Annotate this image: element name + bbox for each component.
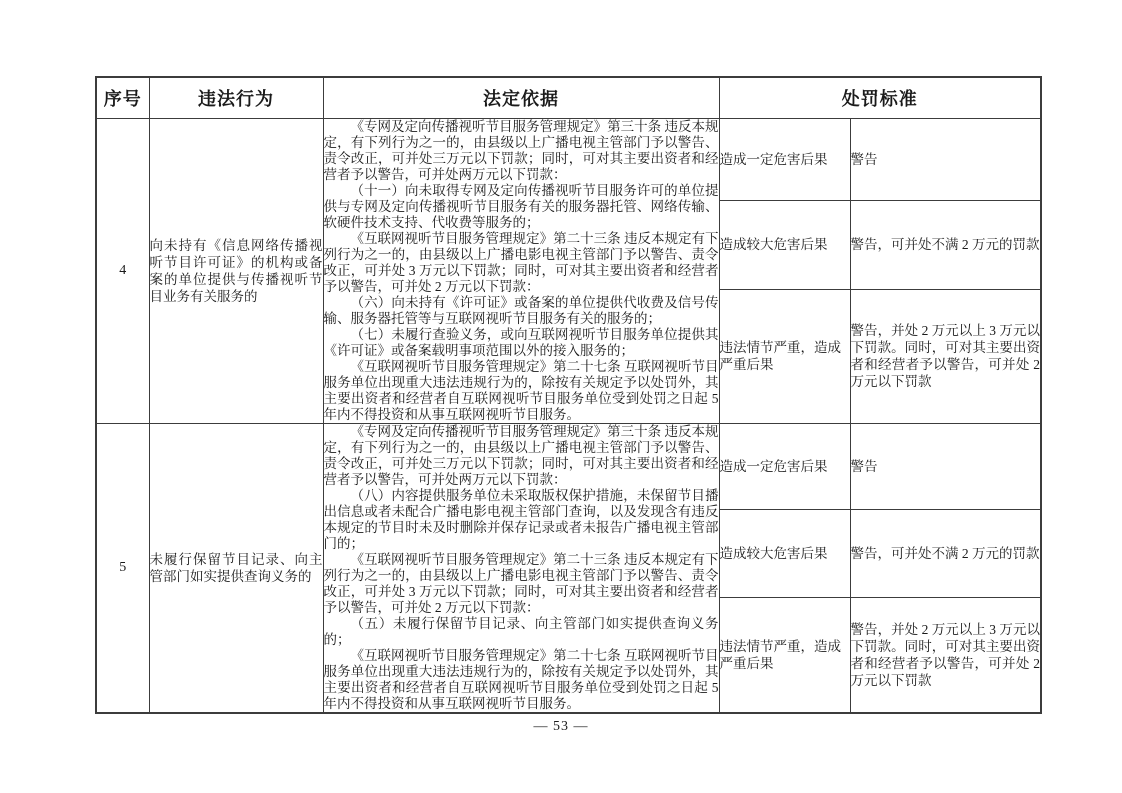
page-number: — 53 —: [0, 719, 1122, 735]
basis-paragraph: （十一）向未取得专网及定向传播视听节目服务许可的单位提供与专网及定向传播视听节目…: [324, 183, 719, 231]
basis-paragraph: 《互联网视听节目服务管理规定》第二十三条 违反本规定有下列行为之一的，由县级以上…: [324, 231, 719, 295]
penalty-table: 序号 违法行为 法定依据 处罚标准 4 向未持有《信息网络传播视听节目许可证》的…: [95, 76, 1042, 714]
document-page: 序号 违法行为 法定依据 处罚标准 4 向未持有《信息网络传播视听节目许可证》的…: [0, 0, 1122, 793]
penalty-standard-cell: 警告，并处 2 万元以上 3 万元以下罚款。同时，可对其主要出资者和经营者予以警…: [850, 597, 1041, 712]
basis-paragraph: （八）内容提供服务单位未采取版权保护措施，未保留节目播出信息或者未配合广播电影电…: [324, 488, 719, 552]
header-illegal-behavior: 违法行为: [149, 77, 323, 118]
row-number-cell: 4: [96, 118, 149, 423]
penalty-condition-cell: 违法情节严重，造成严重后果: [719, 289, 850, 423]
basis-paragraph: （六）向未持有《许可证》或备案的单位提供代收费及信号传输、服务器托管等与互联网视…: [324, 295, 719, 327]
penalty-condition-cell: 造成一定危害后果: [719, 118, 850, 201]
table-row: 5 未履行保留节目记录、向主管部门如实提供查询义务的 《专网及定向传播视听节目服…: [96, 423, 1041, 509]
penalty-condition-cell: 造成一定危害后果: [719, 423, 850, 509]
basis-paragraph: 《互联网视听节目服务管理规定》第二十七条 互联网视听节目服务单位出现重大违法违规…: [324, 648, 719, 712]
behavior-cell: 向未持有《信息网络传播视听节目许可证》的机构或备案的单位提供与传播视听节目业务有…: [149, 118, 323, 423]
header-serial-number: 序号: [96, 77, 149, 118]
basis-paragraph: 《专网及定向传播视听节目服务管理规定》第三十条 违反本规定，有下列行为之一的，由…: [324, 119, 719, 183]
penalty-standard-cell: 警告: [850, 423, 1041, 509]
basis-cell: 《专网及定向传播视听节目服务管理规定》第三十条 违反本规定，有下列行为之一的，由…: [323, 423, 719, 713]
behavior-cell: 未履行保留节目记录、向主管部门如实提供查询义务的: [149, 423, 323, 713]
basis-paragraph: 《专网及定向传播视听节目服务管理规定》第三十条 违反本规定，有下列行为之一的，由…: [324, 424, 719, 488]
penalty-standard-cell: 警告，可并处不满 2 万元的罚款: [850, 509, 1041, 597]
basis-paragraph: （七）未履行查验义务，或向互联网视听节目服务单位提供其《许可证》或备案载明事项范…: [324, 327, 719, 359]
penalty-standard-cell: 警告: [850, 118, 1041, 201]
penalty-standard-cell: 警告，并处 2 万元以上 3 万元以下罚款。同时，可对其主要出资者和经营者予以警…: [850, 289, 1041, 423]
basis-cell: 《专网及定向传播视听节目服务管理规定》第三十条 违反本规定，有下列行为之一的，由…: [323, 118, 719, 423]
header-penalty-standard: 处罚标准: [719, 77, 1041, 118]
header-legal-basis: 法定依据: [323, 77, 719, 118]
penalty-condition-cell: 造成较大危害后果: [719, 509, 850, 597]
basis-paragraph: 《互联网视听节目服务管理规定》第二十七条 互联网视听节目服务单位出现重大违法违规…: [324, 359, 719, 423]
basis-paragraph: 《互联网视听节目服务管理规定》第二十三条 违反本规定有下列行为之一的，由县级以上…: [324, 552, 719, 616]
basis-paragraph: （五）未履行保留节目记录、向主管部门如实提供查询义务的；: [324, 616, 719, 648]
penalty-condition-cell: 造成较大危害后果: [719, 201, 850, 290]
penalty-standard-cell: 警告，可并处不满 2 万元的罚款: [850, 201, 1041, 290]
table-row: 4 向未持有《信息网络传播视听节目许可证》的机构或备案的单位提供与传播视听节目业…: [96, 118, 1041, 201]
penalty-condition-cell: 违法情节严重，造成严重后果: [719, 597, 850, 712]
table-header-row: 序号 违法行为 法定依据 处罚标准: [96, 77, 1041, 118]
row-number-cell: 5: [96, 423, 149, 713]
